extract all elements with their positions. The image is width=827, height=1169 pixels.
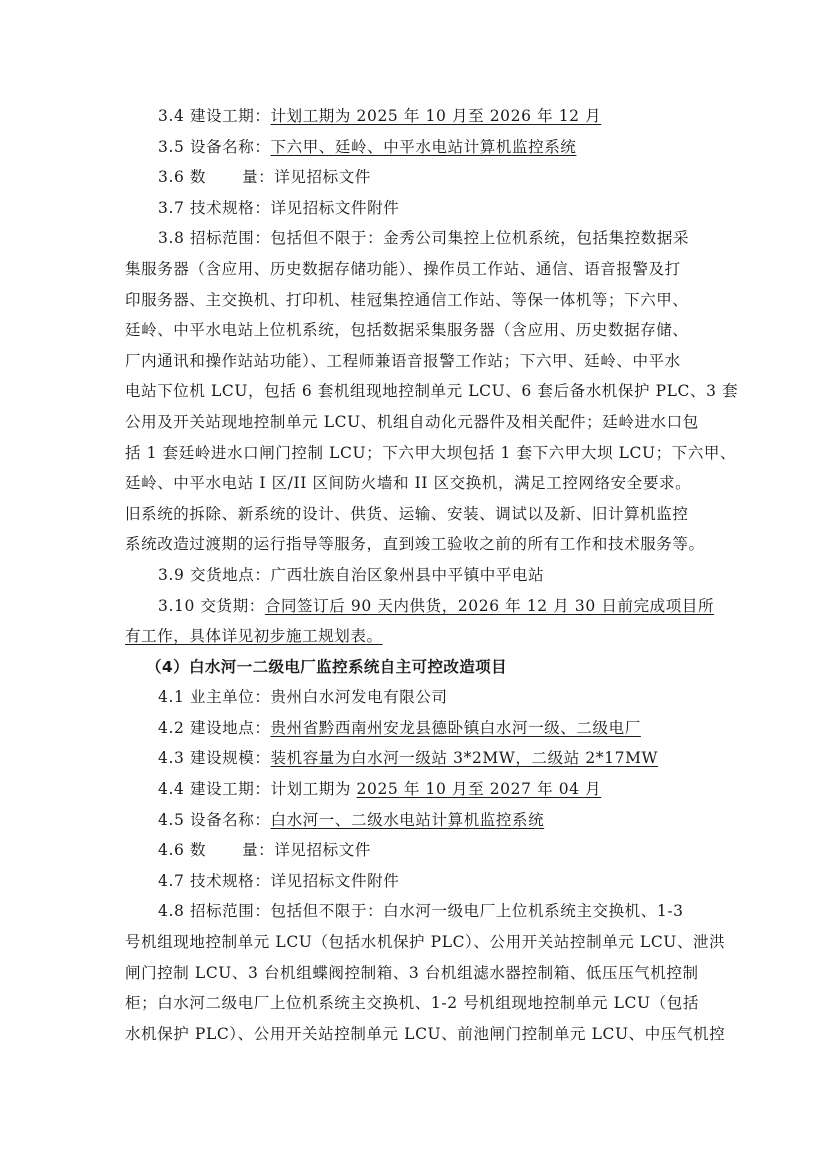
scope-line: 闸门控制 LCU、3 台机组蝶阀控制箱、3 台机组滤水器控制箱、低压压气机控制: [125, 958, 707, 989]
scope-line: 公用及开关站现地控制单元 LCU、机组自动化元器件及相关配件；廷岭进水口包: [125, 407, 707, 438]
item-3-9: 3.9 交货地点：广西壮族自治区象州县中平镇中平电站: [125, 560, 707, 591]
item-4-4: 4.4 建设工期：计划工期为 2025 年 10 月至 2027 年 04 月: [125, 774, 707, 805]
item-value-underlined: 贵州省黔西南州安龙县德卧镇白水河一级、二级电厂: [271, 719, 641, 737]
item-value: 广西壮族自治区象州县中平镇中平电站: [271, 566, 545, 584]
item-value-underlined: 有工作，具体详见初步施工规划表。: [125, 627, 383, 645]
item-number: 4.1: [158, 688, 184, 706]
item-label: 技术规格：: [190, 199, 271, 217]
item-number: 3.6: [158, 168, 184, 186]
item-value: 详见招标文件: [274, 168, 371, 186]
item-value: 贵州白水河发电有限公司: [271, 688, 448, 706]
item-3-7: 3.7 技术规格：详见招标文件附件: [125, 193, 707, 224]
item-3-8-scope: 3.8 招标范围：包括但不限于：金秀公司集控上位机系统，包括集控数据采 集服务器…: [125, 223, 707, 560]
scope-line: 电站下位机 LCU，包括 6 套机组现地控制单元 LCU、6 套后备水机保护 P…: [125, 376, 707, 407]
scope-line: 廷岭、中平水电站 I 区/II 区间防火墙和 II 区交换机，满足工控网络安全要…: [125, 468, 707, 499]
scope-line: 系统改造过渡期的运行指导等服务，直到竣工验收之前的所有工作和技术服务等。: [125, 529, 707, 560]
item-value: 计划工期为: [271, 780, 357, 798]
scope-line: 廷岭、中平水电站上位机系统，包括数据采集服务器（含应用、历史数据存储、: [125, 315, 707, 346]
item-3-10-continued: 有工作，具体详见初步施工规划表。: [125, 621, 707, 652]
document-page: 3.4 建设工期：计划工期为 2025 年 10 月至 2026 年 12 月 …: [125, 101, 707, 1049]
item-4-2: 4.2 建设地点：贵州省黔西南州安龙县德卧镇白水河一级、二级电厂: [125, 713, 707, 744]
item-3-6: 3.6 数量：详见招标文件: [125, 162, 707, 193]
scope-line: 旧系统的拆除、新系统的设计、供货、运输、安装、调试以及新、旧计算机监控: [125, 499, 707, 530]
section-heading: （4）白水河一二级电厂监控系统自主可控改造项目: [125, 652, 707, 683]
item-number: 4.7: [158, 872, 184, 890]
item-label-b: 量：: [242, 168, 274, 186]
item-number: 4.4: [158, 780, 184, 798]
item-4-7: 4.7 技术规格：详见招标文件附件: [125, 866, 707, 897]
item-label-a: 数: [190, 841, 206, 859]
scope-line: 3.8 招标范围：包括但不限于：金秀公司集控上位机系统，包括集控数据采: [125, 223, 707, 254]
item-4-3: 4.3 建设规模：装机容量为白水河一级站 3*2MW，二级站 2*17MW: [125, 743, 707, 774]
item-label: 建设规模：: [190, 749, 271, 767]
item-label-a: 数: [190, 168, 206, 186]
item-4-6: 4.6 数量：详见招标文件: [125, 835, 707, 866]
item-4-8-scope: 4.8 招标范围：包括但不限于：白水河一级电厂上位机系统主交换机、1-3 号机组…: [125, 896, 707, 1049]
item-3-4: 3.4 建设工期：计划工期为 2025 年 10 月至 2026 年 12 月: [125, 101, 707, 132]
item-label: 交货地点：: [190, 566, 271, 584]
item-label: 业主单位：: [190, 688, 271, 706]
item-value-underlined: 下六甲、廷岭、中平水电站计算机监控系统: [271, 138, 577, 156]
scope-line: 4.8 招标范围：包括但不限于：白水河一级电厂上位机系统主交换机、1-3: [125, 896, 707, 927]
item-number: 4.6: [158, 841, 184, 859]
item-4-1: 4.1 业主单位：贵州白水河发电有限公司: [125, 682, 707, 713]
scope-line: 号机组现地控制单元 LCU（包括水机保护 PLC）、公用开关站控制单元 LCU、…: [125, 927, 707, 958]
item-value-underlined: 白水河一、二级水电站计算机监控系统: [271, 811, 545, 829]
item-number: 3.10: [158, 597, 195, 615]
item-value: 详见招标文件附件: [271, 872, 400, 890]
item-label: 技术规格：: [190, 872, 271, 890]
item-number: 3.9: [158, 566, 184, 584]
scope-line: 柜；白水河二级电厂上位机系统主交换机、1-2 号机组现地控制单元 LCU（包括: [125, 988, 707, 1019]
item-value-underlined: 计划工期为 2025 年 10 月至 2026 年 12 月: [271, 107, 602, 125]
item-label: 设备名称：: [190, 811, 271, 829]
item-label: 交货期：: [200, 597, 264, 615]
item-number: 4.3: [158, 749, 184, 767]
scope-line: 水机保护 PLC）、公用开关站控制单元 LCU、前池闸门控制单元 LCU、中压气…: [125, 1019, 707, 1050]
item-label: 建设工期：: [190, 107, 271, 125]
item-value-underlined: 合同签订后 90 天内供货，2026 年 12 月 30 日前完成项目所: [265, 597, 714, 615]
scope-line: 厂内通讯和操作站站功能）、工程师兼语音报警工作站；下六甲、廷岭、中平水: [125, 346, 707, 377]
item-label-b: 量：: [242, 841, 274, 859]
item-3-10: 3.10 交货期：合同签订后 90 天内供货，2026 年 12 月 30 日前…: [125, 591, 707, 622]
item-number: 3.4: [158, 107, 184, 125]
item-number: 3.7: [158, 199, 184, 217]
item-number: 4.5: [158, 811, 184, 829]
item-label: 建设地点：: [190, 719, 271, 737]
item-value: 详见招标文件附件: [271, 199, 400, 217]
item-4-5: 4.5 设备名称：白水河一、二级水电站计算机监控系统: [125, 805, 707, 836]
scope-line: 括 1 套廷岭进水口闸门控制 LCU；下六甲大坝包括 1 套下六甲大坝 LCU；…: [125, 438, 707, 469]
item-value-underlined: 装机容量为白水河一级站 3*2MW，二级站 2*17MW: [271, 749, 659, 767]
item-value: 详见招标文件: [274, 841, 371, 859]
scope-line: 印服务器、主交换机、打印机、桂冠集控通信工作站、等保一体机等；下六甲、: [125, 285, 707, 316]
item-3-5: 3.5 设备名称：下六甲、廷岭、中平水电站计算机监控系统: [125, 132, 707, 163]
item-label: 建设工期：: [190, 780, 271, 798]
item-number: 4.2: [158, 719, 184, 737]
scope-line: 集服务器（含应用、历史数据存储功能）、操作员工作站、通信、语音报警及打: [125, 254, 707, 285]
item-number: 3.5: [158, 138, 184, 156]
item-label: 设备名称：: [190, 138, 271, 156]
item-value-underlined: 2025 年 10 月至 2027 年 04 月: [357, 780, 602, 798]
